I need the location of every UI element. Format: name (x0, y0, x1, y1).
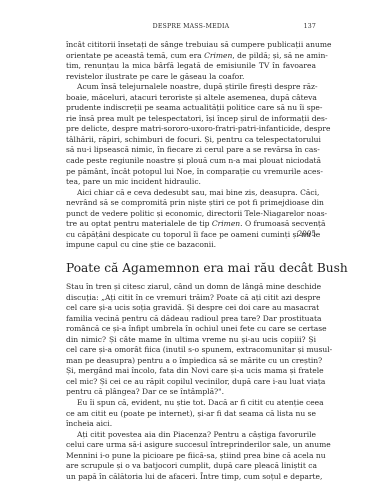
text-line: tim, renunțau la mica bârfă legată de em… (66, 61, 316, 72)
text-line: încheia aici. (66, 419, 316, 430)
text-line: Și, mergând mai încolo, fata din Novi ca… (66, 366, 316, 377)
section-1-body: încât cititorii însetați de sânge trebui… (66, 40, 316, 251)
text-line: pre delicte, despre matri-sororo-uxoro-f… (66, 124, 316, 135)
text-line: să nu-i lipsească nimic, în fiecare zi c… (66, 145, 316, 156)
text-line: boaie, măceluri, atacuri teroriste și al… (66, 93, 316, 104)
text-line: din nimic? Și câte mame în ultima vreme … (66, 335, 316, 346)
text-line: pe pământ, încât potopul lui Noe, în com… (66, 167, 316, 178)
text-line: impune capul cu cine știe ce bazaconii. (66, 240, 316, 251)
text-line: ce am citit eu (poate pe internet), și-a… (66, 409, 316, 420)
text-line: cel care și-a ucis soția gravidă. Și des… (66, 303, 316, 314)
text-line: Eu îi spun că, evident, nu știe tot. Dac… (66, 398, 316, 409)
running-head-title: DESPRE MASS-MEDIA (66, 23, 316, 30)
text-line: româncă ce și-a înfipt umbrela în ochiul… (66, 324, 316, 335)
text-line: cade peste regiunile noastre și plouă cu… (66, 156, 316, 167)
text-line: man pe deasupra) pentru a o împiedica să… (66, 356, 316, 367)
chapter-title: Poate că Agamemnon era mai rău decât Bus… (66, 261, 326, 275)
text-line: Ați citit povestea aia din Piacenza? Pen… (66, 430, 316, 441)
running-head: DESPRE MASS-MEDIA 137 (66, 23, 316, 33)
text-line: prudente indiscreții pe seama actualităț… (66, 103, 316, 114)
text-line: Stau în tren și citesc ziarul, când un d… (66, 282, 316, 293)
text-line: rie însă prea mult pe telespectatori, îș… (66, 114, 316, 125)
text-line: cel care și-a omorât fiica (inutil s-o s… (66, 345, 316, 356)
text-line: Acum însă telejurnalele noastre, după șt… (66, 82, 316, 93)
text-line: Aici chiar că e ceva dedesubt sau, mai b… (66, 188, 316, 199)
text-line: tea, pare un mic incident hidraulic. (66, 177, 316, 188)
text-line: cel mic? Și cei ce au răpit copilul veci… (66, 377, 316, 388)
text-line: are scrupule și o va batjocori cumplit, … (66, 461, 316, 472)
text-line: tâlhării, răpiri, schimburi de focuri. Ș… (66, 135, 316, 146)
text-line: nevrând să se compromită prin niște știr… (66, 198, 316, 209)
text-line: încât cititorii însetați de sânge trebui… (66, 40, 316, 51)
text-line: Mennini i-o pune la picioare pe fiică-sa… (66, 451, 316, 462)
book-page: DESPRE MASS-MEDIA 137 încât cititorii în… (0, 0, 381, 492)
text-line: pentru că plângea? Dar ce se întâmplă?". (66, 387, 316, 398)
text-line: orientate pe această temă, cum era Crime… (66, 51, 316, 62)
text-line: discuția: „Ați citit în ce vremuri trăim… (66, 293, 316, 304)
text-line: familia vecină pentru că dădeau radioul … (66, 314, 316, 325)
text-line: revistelor ilustrate pe care le găseau l… (66, 72, 316, 83)
text-line: celui care urma să-i asigure succesul în… (66, 440, 316, 451)
page-number: 137 (304, 23, 316, 30)
essay-date: 2005 (66, 229, 316, 238)
section-2-body: Stau în tren și citesc ziarul, când un d… (66, 282, 316, 482)
text-line: punct de vedere politic și economic, dir… (66, 209, 316, 220)
text-line: un papă în călătoria lui de afaceri. Înt… (66, 472, 316, 483)
